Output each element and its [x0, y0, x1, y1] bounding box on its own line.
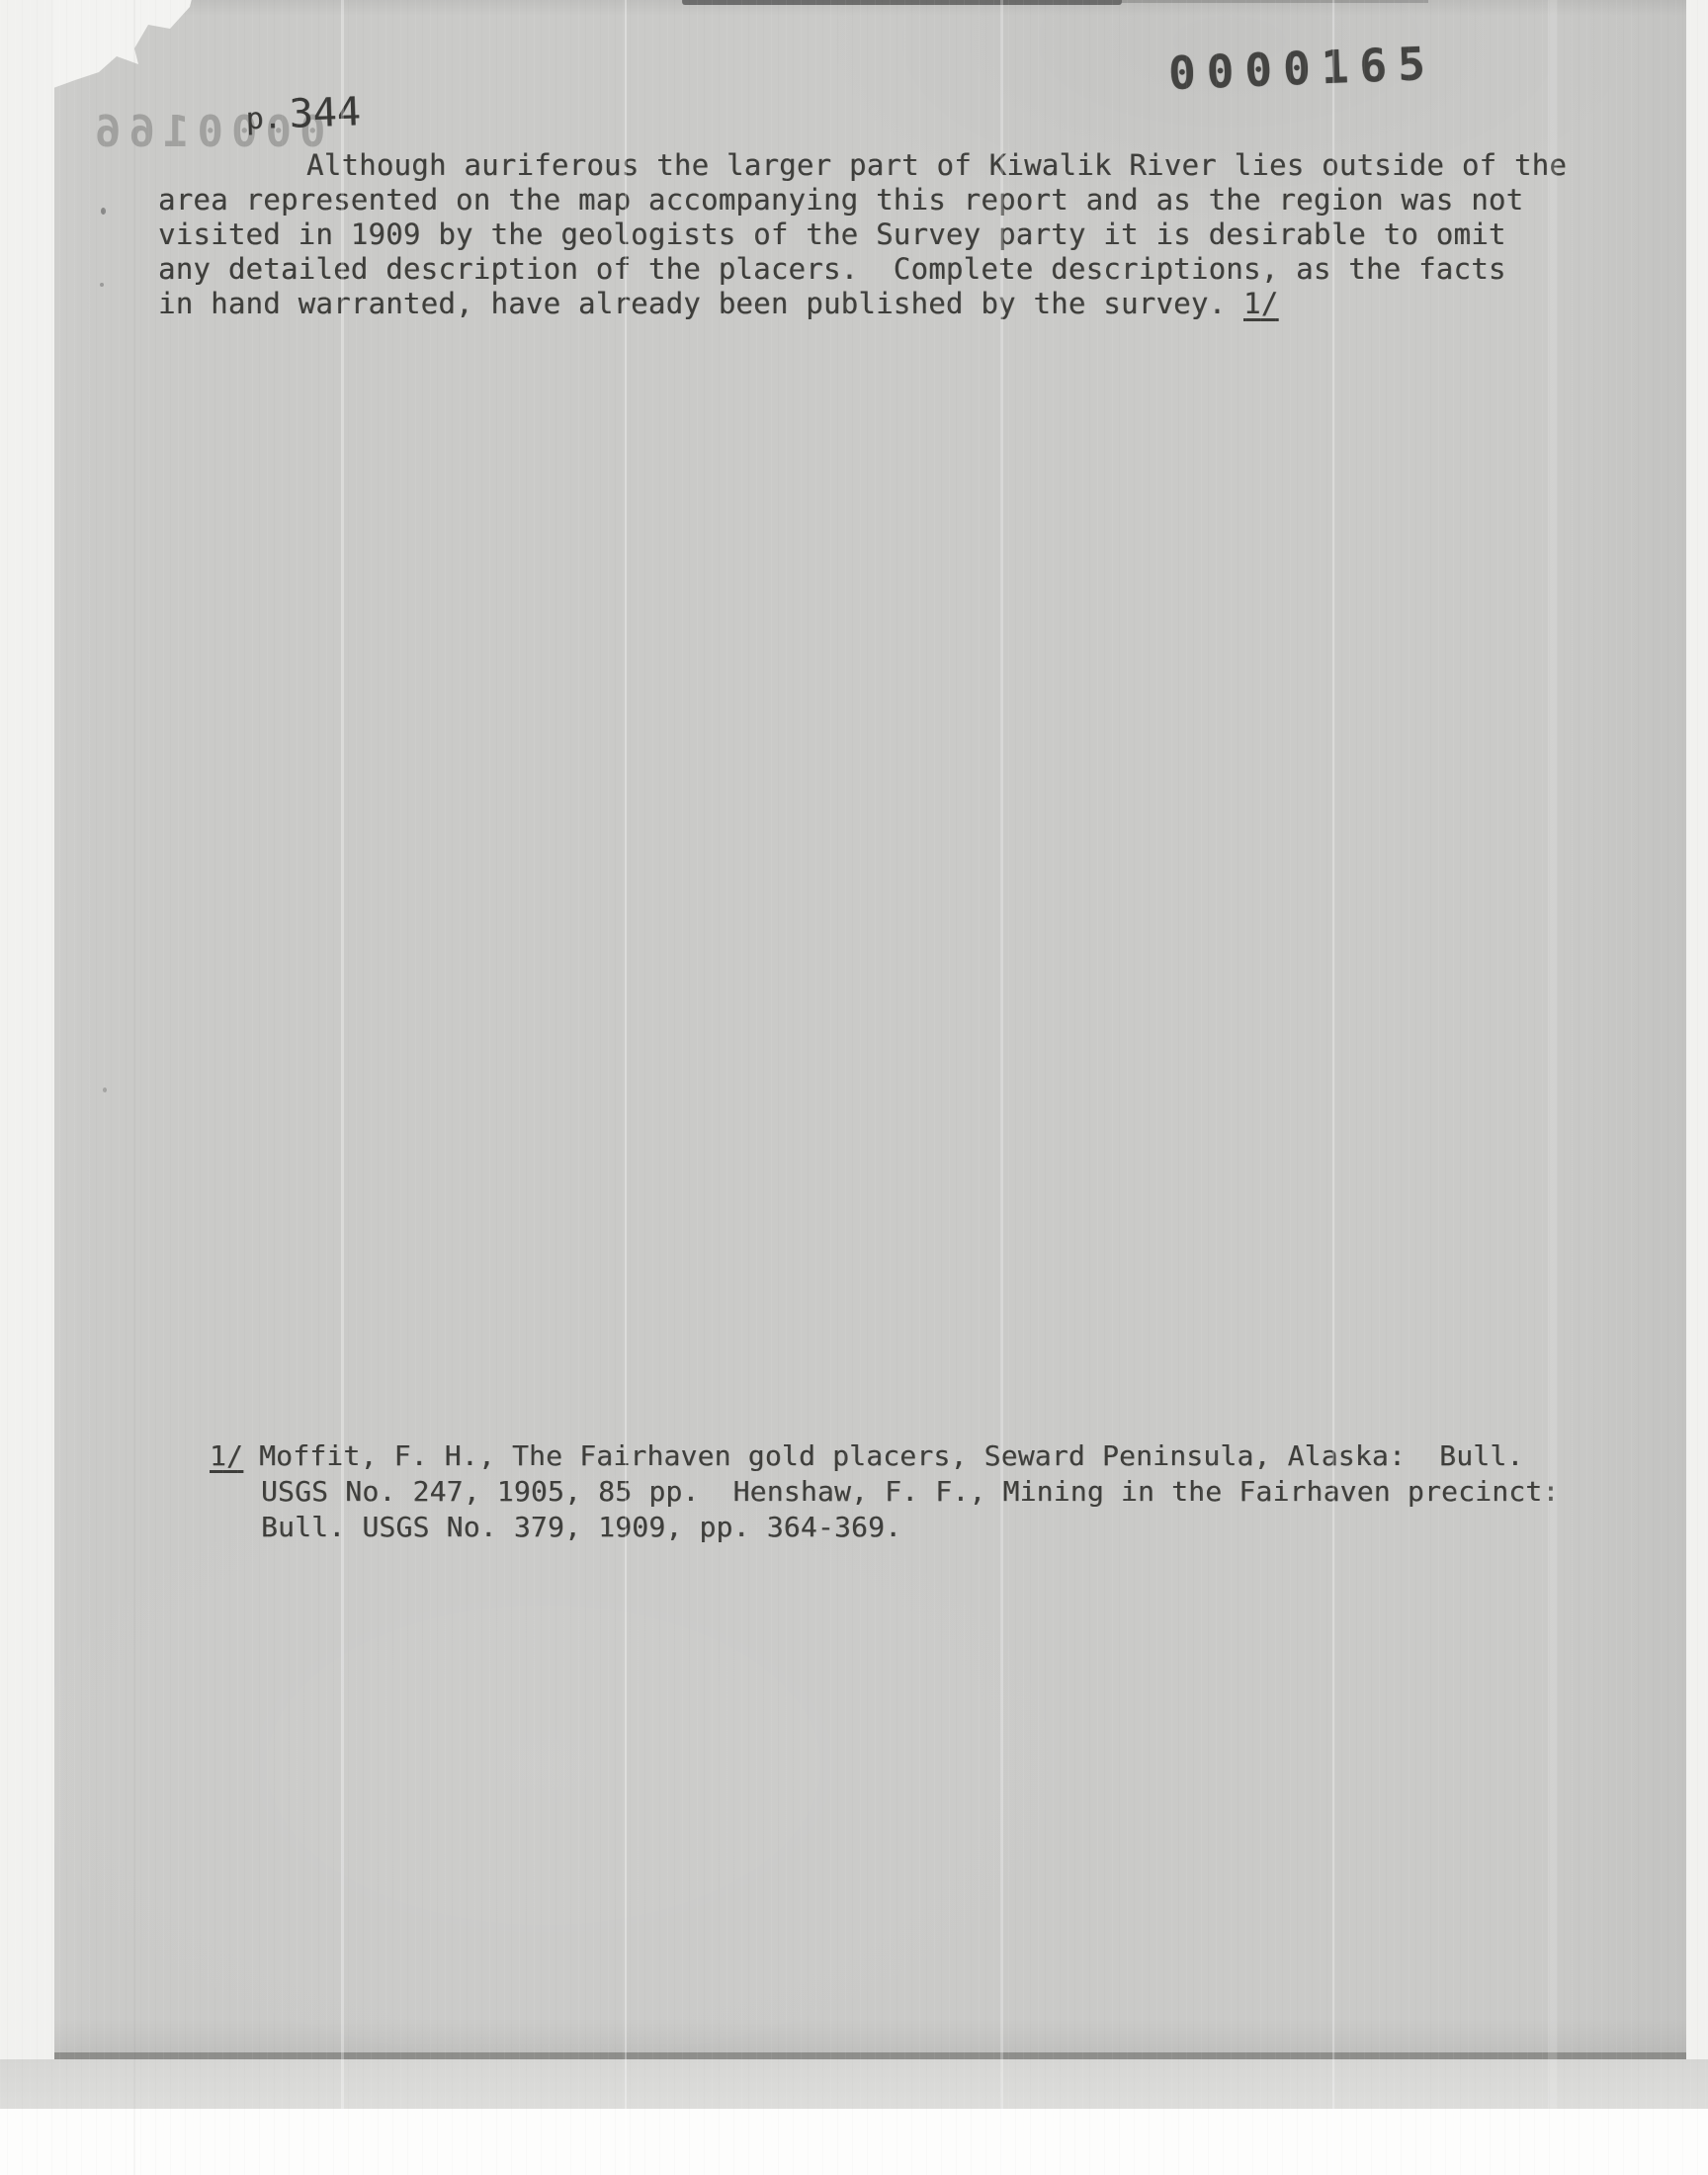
- body-paragraph: Although auriferous the larger part of K…: [158, 148, 1567, 321]
- paragraph-line: Although auriferous the larger part of K…: [158, 148, 1567, 183]
- serial-number-stamp: 0000165: [1167, 37, 1437, 100]
- footnote: 1/Moffit, F. H., The Fairhaven gold plac…: [210, 1438, 1559, 1545]
- footnote-line: 1/Moffit, F. H., The Fairhaven gold plac…: [210, 1438, 1559, 1474]
- ink-speck: [103, 1087, 107, 1092]
- footnote-line: USGS No. 247, 1905, 85 pp. Henshaw, F. F…: [210, 1474, 1559, 1510]
- footnote-line-text: Moffit, F. H., The Fairhaven gold placer…: [259, 1439, 1523, 1472]
- torn-corner: [53, 0, 202, 94]
- scan-margin-bottom: [0, 2109, 1708, 2175]
- scanned-document-page: p.344 0000166 0000165 Although auriferou…: [0, 0, 1708, 2175]
- paragraph-line-text: in hand warranted, have already been pub…: [158, 287, 1243, 320]
- paragraph-line: any detailed description of the placers.…: [158, 252, 1567, 287]
- footnote-reference: 1/: [1243, 287, 1278, 320]
- paragraph-line: visited in 1909 by the geologists of the…: [158, 217, 1567, 252]
- scan-edge-shadow: [682, 0, 1122, 5]
- scan-edge-shadow: [1122, 0, 1428, 3]
- paragraph-line: area represented on the map accompanying…: [158, 183, 1567, 217]
- ink-speck: [101, 208, 106, 215]
- page-number-label: p.344: [207, 70, 363, 158]
- scanner-bed-strip: [0, 2059, 1708, 2109]
- footnote-marker: 1/: [210, 1439, 243, 1472]
- footnote-line: Bull. USGS No. 379, 1909, pp. 364-369.: [210, 1510, 1559, 1545]
- page-number-prefix: p.: [245, 101, 282, 136]
- paragraph-line: in hand warranted, have already been pub…: [158, 287, 1567, 321]
- ink-speck: [100, 283, 104, 287]
- page-number-value: 344: [289, 89, 362, 136]
